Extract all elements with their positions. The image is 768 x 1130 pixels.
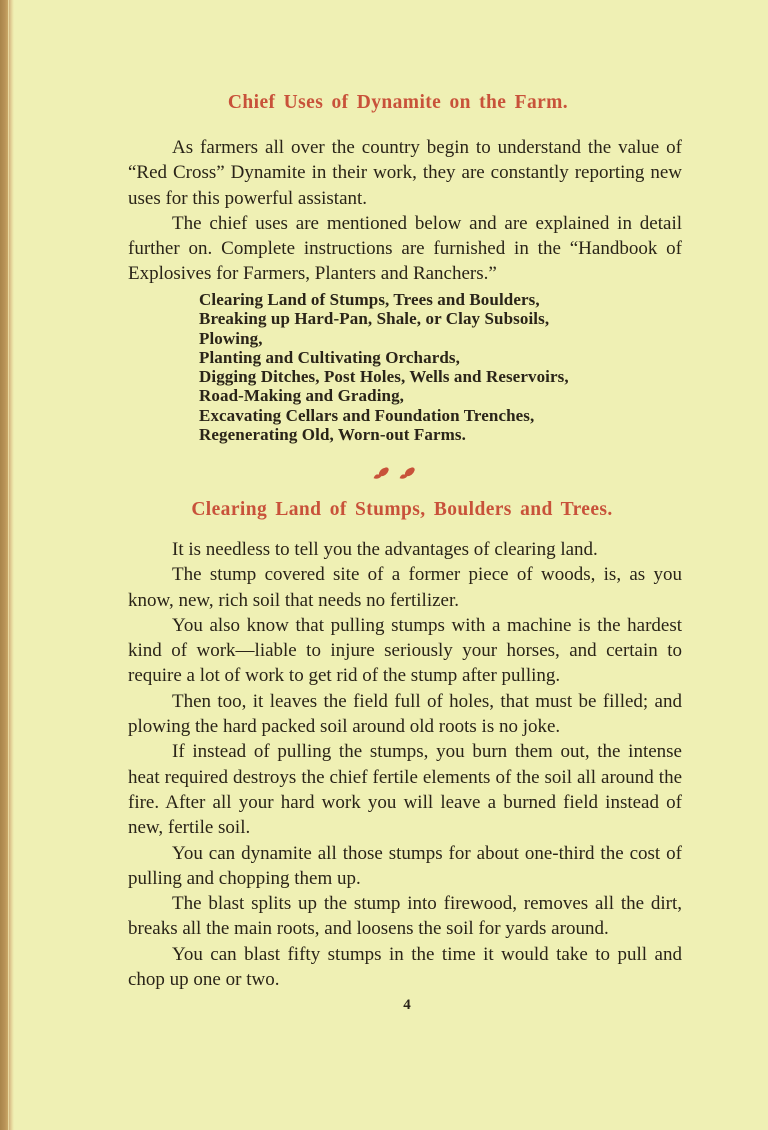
document-page: Chief Uses of Dynamite on the Farm. As f… — [0, 0, 768, 1130]
page-number: 4 — [0, 997, 768, 1014]
uses-list: Clearing Land of Stumps, Trees and Bould… — [199, 290, 569, 444]
paragraph: As farmers all over the country begin to… — [128, 135, 682, 211]
paragraph: You can dynamite all those stumps for ab… — [128, 841, 682, 892]
use-item: Excavating Cellars and Foundation Trench… — [199, 406, 569, 425]
paragraph: The blast splits up the stump into firew… — [128, 891, 682, 942]
paragraph: You can blast fifty stumps in the time i… — [128, 942, 682, 993]
use-item: Regenerating Old, Worn-out Farms. — [199, 425, 569, 444]
use-item: Plowing, — [199, 329, 569, 348]
leaf-fleuron-icon — [398, 466, 416, 485]
section-title-clearing-land: Clearing Land of Stumps, Boulders and Tr… — [18, 499, 768, 521]
use-item: Planting and Cultivating Orchards, — [199, 348, 569, 367]
paragraph: If instead of pulling the stumps, you bu… — [128, 739, 682, 840]
section-title-chief-uses: Chief Uses of Dynamite on the Farm. — [14, 92, 768, 114]
use-item: Breaking up Hard-Pan, Shale, or Clay Sub… — [199, 309, 569, 328]
paragraph: The stump covered site of a former piece… — [128, 562, 682, 613]
page-binding-edge — [0, 0, 14, 1130]
paragraph: It is needless to tell you the advantage… — [128, 537, 682, 562]
clearing-land-text: It is needless to tell you the advantage… — [128, 537, 682, 992]
use-item: Digging Ditches, Post Holes, Wells and R… — [199, 367, 569, 386]
section-divider-ornament — [372, 465, 432, 485]
intro-text: As farmers all over the country begin to… — [128, 135, 682, 287]
paragraph: The chief uses are mentioned below and a… — [128, 211, 682, 287]
binding-line — [8, 0, 9, 1130]
use-item: Road-Making and Grading, — [199, 386, 569, 405]
leaf-fleuron-icon — [372, 466, 390, 485]
use-item: Clearing Land of Stumps, Trees and Bould… — [199, 290, 569, 309]
paragraph: Then too, it leaves the field full of ho… — [128, 689, 682, 740]
paragraph: You also know that pulling stumps with a… — [128, 613, 682, 689]
